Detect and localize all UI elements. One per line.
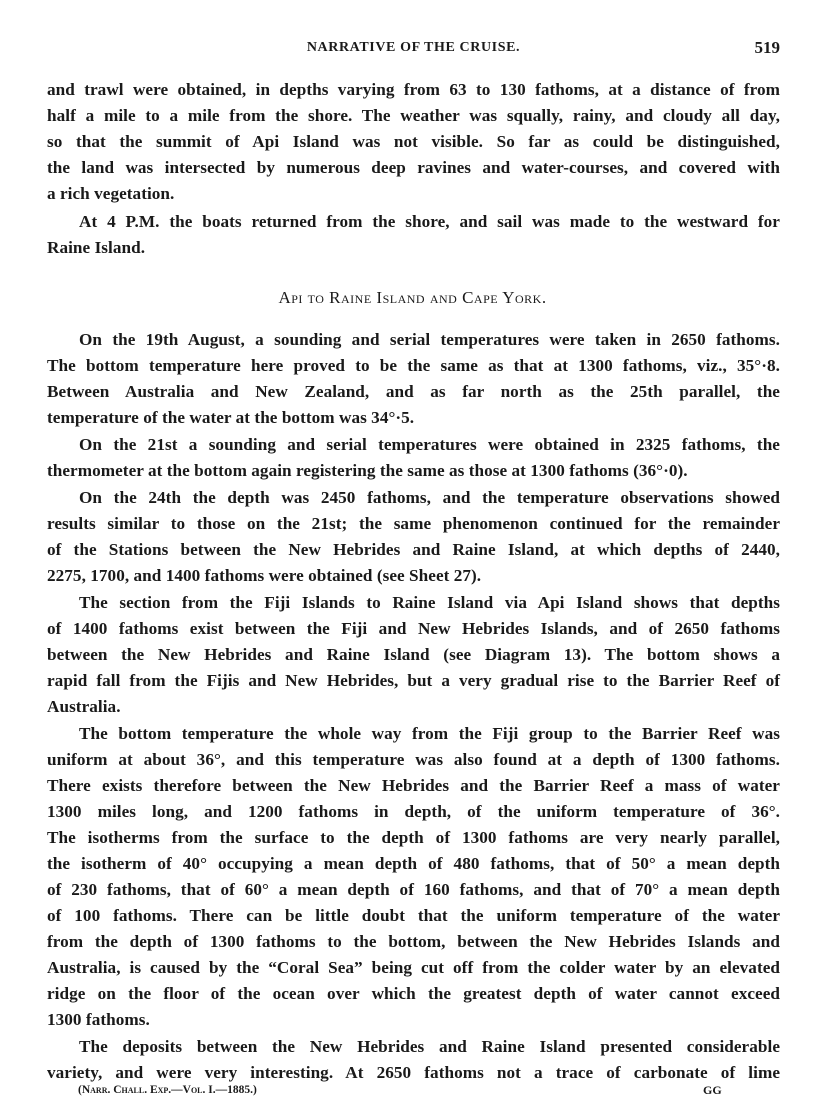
- text-line: On the 24th the depth was 2450 fathoms, …: [79, 485, 780, 511]
- text-line: The section from the Fiji Islands to Rai…: [79, 590, 780, 616]
- text-line: results similar to those on the 21st; th…: [47, 511, 780, 537]
- footer-citation-text: (Narr. Chall. Exp.—Vol. I.—1885.): [78, 1084, 257, 1096]
- signature-mark: GG: [703, 1083, 722, 1098]
- text-line: thermometer at the bottom again register…: [47, 458, 780, 484]
- text-line: 1300 fathoms.: [47, 1007, 780, 1033]
- text-line: uniform at about 36°, and this temperatu…: [47, 747, 780, 773]
- text-line: of 230 fathoms, that of 60° a mean depth…: [47, 877, 780, 903]
- running-title: NARRATIVE OF THE CRUISE.: [47, 40, 780, 56]
- text-line: so that the summit of Api Island was not…: [47, 129, 780, 155]
- text-line: the isotherm of 40° occupying a mean dep…: [47, 851, 780, 877]
- text-line: The isotherms from the surface to the de…: [47, 825, 780, 851]
- text-line: of the Stations between the New Hebrides…: [47, 537, 780, 563]
- text-line: variety, and were very interesting. At 2…: [47, 1060, 780, 1086]
- text-line: of 100 fathoms. There can be little doub…: [47, 903, 780, 929]
- text-line: half a mile to a mile from the shore. Th…: [47, 103, 780, 129]
- text-line: of 1400 fathoms exist between the Fiji a…: [47, 616, 780, 642]
- text-line: temperature of the water at the bottom w…: [47, 405, 780, 431]
- text-line: rapid fall from the Fijis and New Hebrid…: [47, 668, 780, 694]
- text-line: The deposits between the New Hebrides an…: [79, 1034, 780, 1060]
- text-line: and trawl were obtained, in depths varyi…: [47, 77, 780, 103]
- text-line: The bottom temperature here proved to be…: [47, 353, 780, 379]
- text-line: Australia, is caused by the “Coral Sea” …: [47, 955, 780, 981]
- section-heading: Api to Raine Island and Cape York.: [0, 288, 825, 308]
- text-line: At 4 P.M. the boats returned from the sh…: [79, 209, 780, 235]
- text-line: On the 21st a sounding and serial temper…: [79, 432, 780, 458]
- page-number: 519: [755, 38, 781, 58]
- text-line: The bottom temperature the whole way fro…: [79, 721, 780, 747]
- text-line: On the 19th August, a sounding and seria…: [79, 327, 780, 353]
- running-head: NARRATIVE OF THE CRUISE. 519: [47, 40, 780, 64]
- text-line: 2275, 1700, and 1400 fathoms were obtain…: [47, 563, 780, 589]
- text-line: Raine Island.: [47, 235, 780, 261]
- text-line: 1300 miles long, and 1200 fathoms in dep…: [47, 799, 780, 825]
- text-line: There exists therefore between the New H…: [47, 773, 780, 799]
- text-line: the land was intersected by numerous dee…: [47, 155, 780, 181]
- text-line: a rich vegetation.: [47, 181, 780, 207]
- text-line: ridge on the floor of the ocean over whi…: [47, 981, 780, 1007]
- book-page: NARRATIVE OF THE CRUISE. 519 and trawl w…: [0, 0, 825, 1100]
- footer-citation: (Narr. Chall. Exp.—Vol. I.—1885.): [78, 1084, 257, 1096]
- text-line: Between Australia and New Zealand, and a…: [47, 379, 780, 405]
- text-line: between the New Hebrides and Raine Islan…: [47, 642, 780, 668]
- text-line: Australia.: [47, 694, 780, 720]
- text-line: from the depth of 1300 fathoms to the bo…: [47, 929, 780, 955]
